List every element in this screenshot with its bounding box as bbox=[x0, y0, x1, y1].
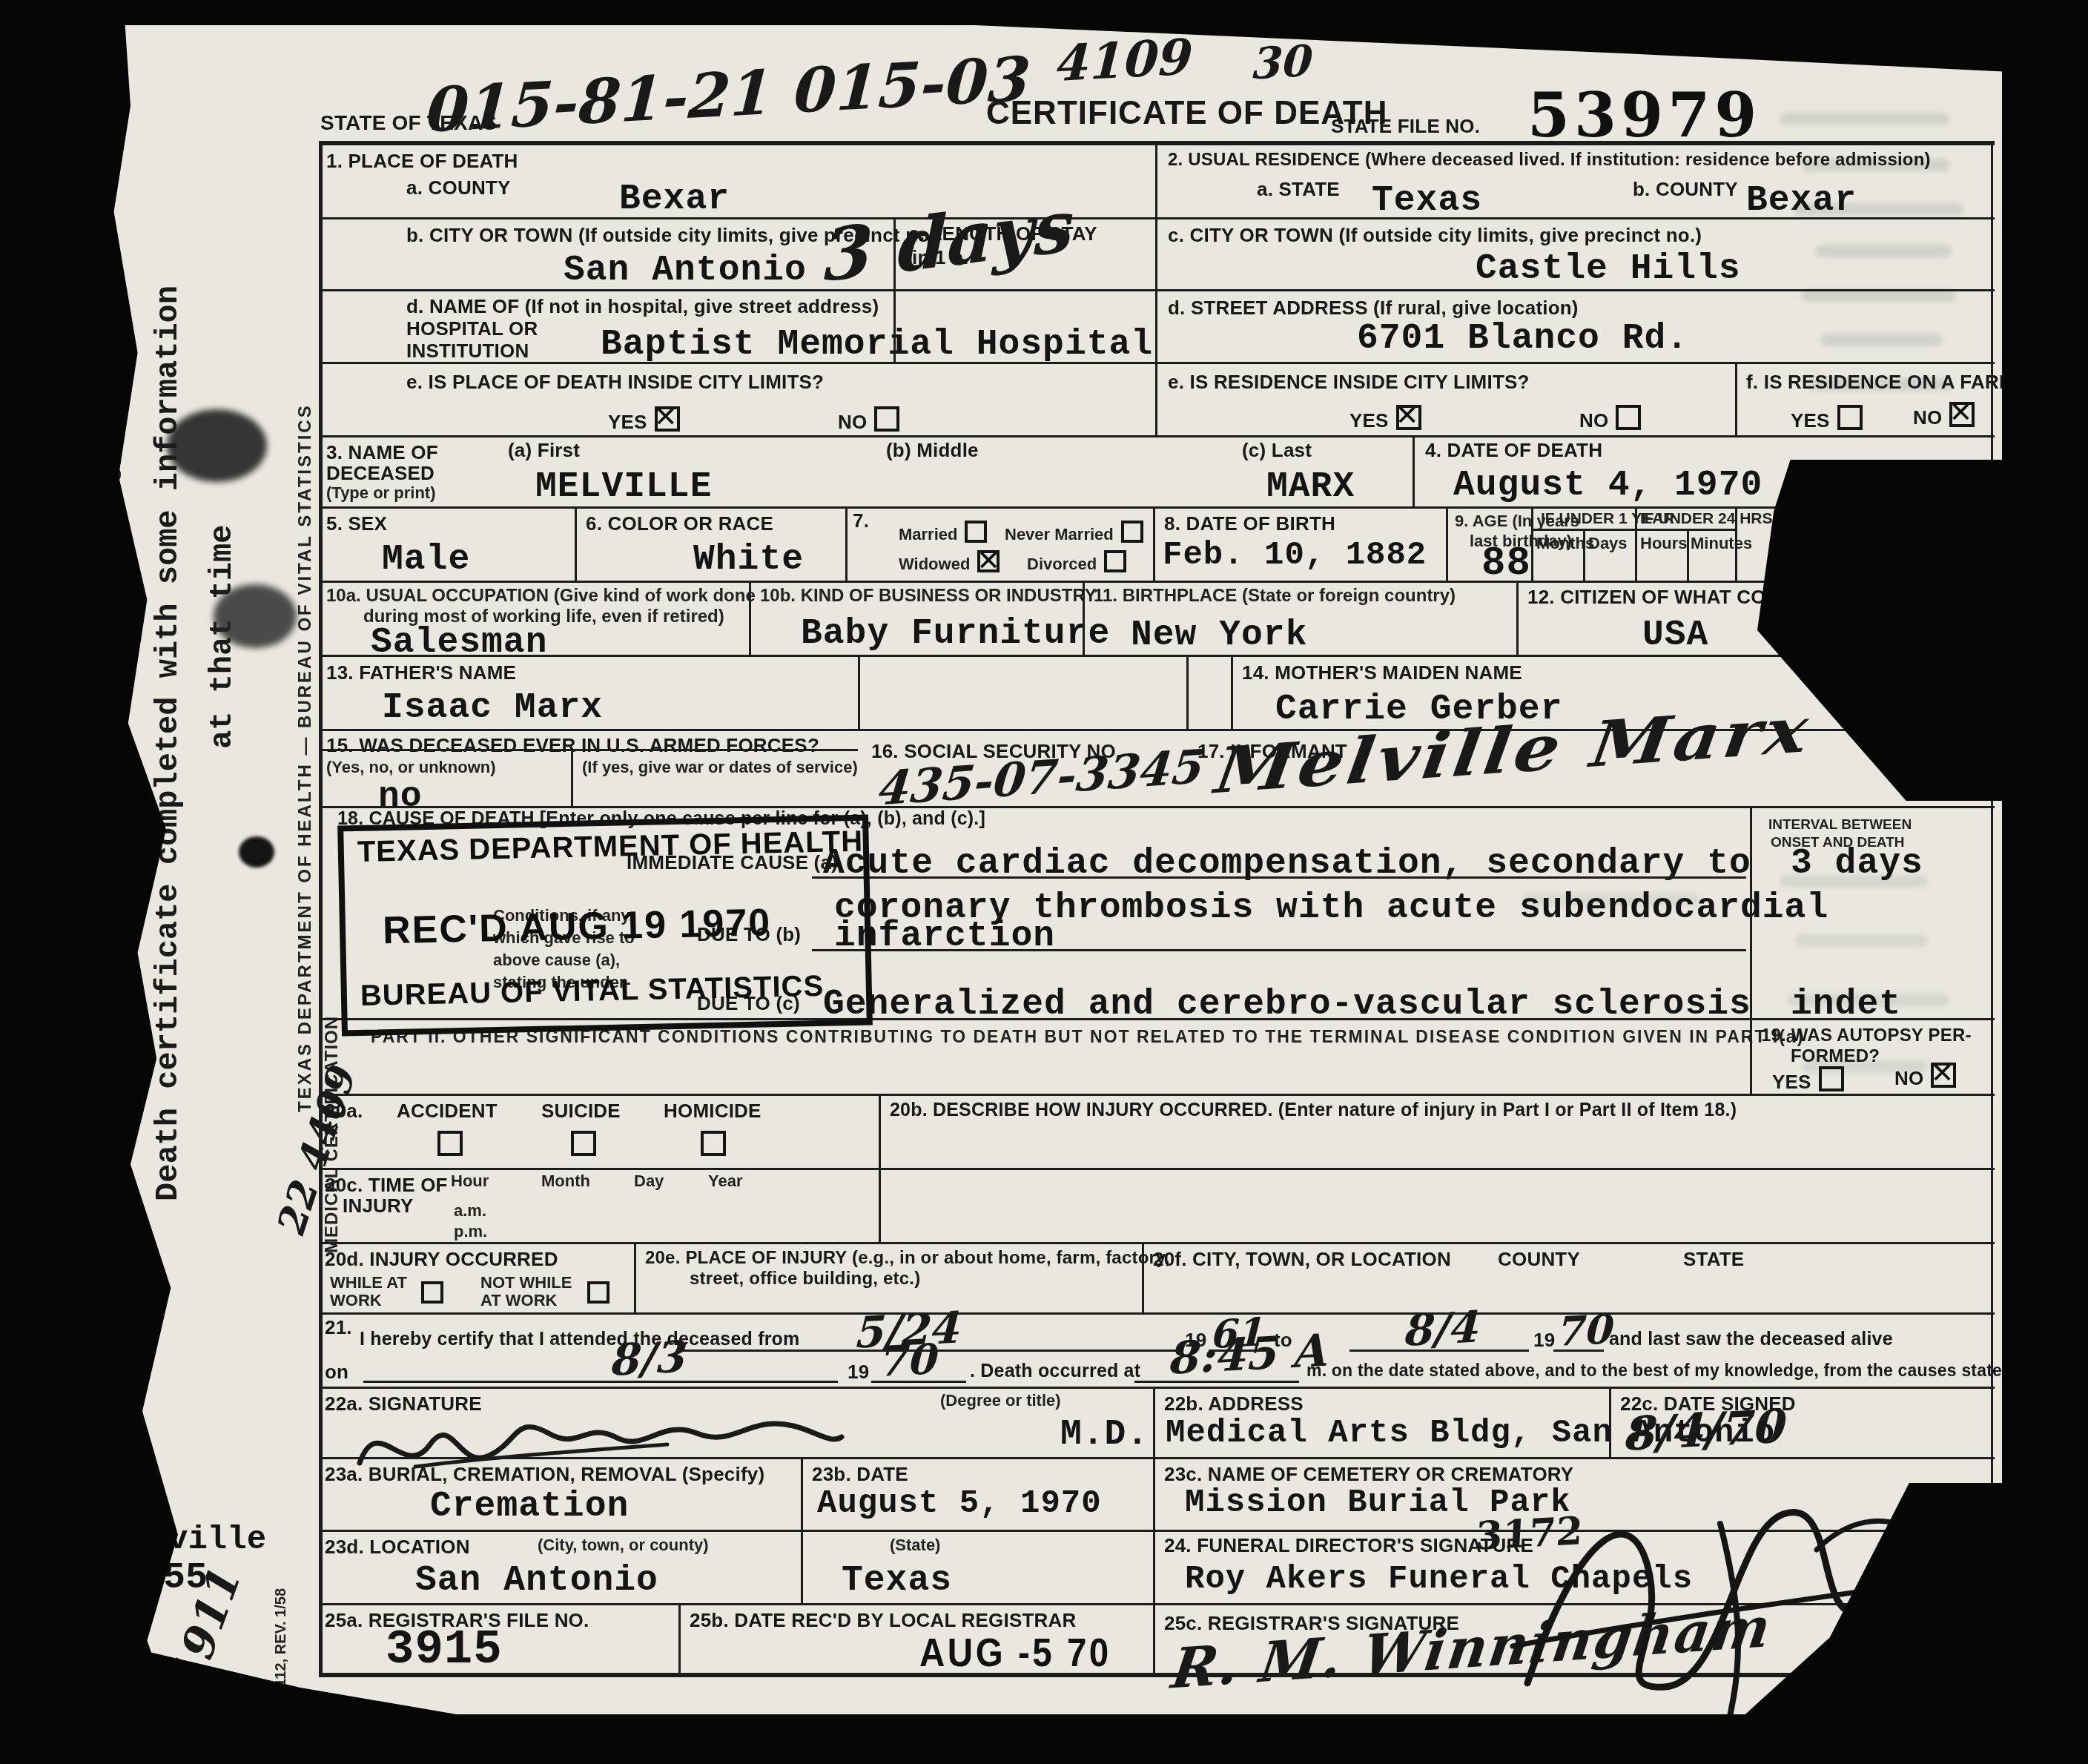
degree-value: M.D. bbox=[1060, 1415, 1149, 1455]
name-of-deceased-label1: 3. NAME OF bbox=[326, 441, 438, 464]
street-address-label: d. STREET ADDRESS (If rural, give locati… bbox=[1168, 297, 1579, 320]
location-label: 23d. LOCATION bbox=[325, 1536, 470, 1559]
death-city-limits-yes: YES bbox=[608, 406, 680, 434]
rule bbox=[319, 1387, 1995, 1389]
birthplace-value: New York bbox=[1131, 615, 1307, 655]
autopsy-yes: YES bbox=[1772, 1066, 1844, 1094]
checkbox bbox=[965, 521, 987, 543]
residence-city-limits-no: NO bbox=[1579, 405, 1641, 432]
last-name-label: (c) Last bbox=[1242, 439, 1312, 462]
rule bbox=[319, 1312, 1995, 1315]
physician-signature bbox=[348, 1393, 853, 1489]
day-label: Day bbox=[634, 1172, 664, 1191]
rule bbox=[1083, 581, 1085, 655]
ink-dot bbox=[239, 836, 274, 868]
under-24-hrs-label: IF UNDER 24 HRS. bbox=[1640, 510, 1777, 528]
rule bbox=[1209, 1350, 1269, 1352]
date-of-death-label: 4. DATE OF DEATH bbox=[1425, 439, 1602, 462]
name-of-deceased-label3: (Type or print) bbox=[326, 483, 435, 503]
rule bbox=[858, 655, 860, 729]
certify-text4: m. on the date stated above, and to the … bbox=[1306, 1361, 2018, 1381]
father-name-label: 13. FATHER'S NAME bbox=[326, 661, 516, 684]
farm-yes: YES bbox=[1791, 405, 1863, 432]
residence-county-value: Bexar bbox=[1746, 181, 1857, 221]
registrar-date-stamp: AUG -5 70 bbox=[919, 1630, 1111, 1676]
rule bbox=[1735, 506, 1737, 581]
death-city-limits-no: NO bbox=[838, 406, 899, 434]
rule bbox=[319, 1168, 1995, 1170]
ghost-text-smudge bbox=[1780, 113, 1950, 125]
marital-label: 7. bbox=[853, 509, 869, 532]
rule bbox=[1635, 506, 1637, 581]
rule bbox=[879, 1094, 881, 1242]
rule bbox=[1583, 529, 1585, 581]
registrar-file-value: 3915 bbox=[386, 1624, 503, 1677]
rule bbox=[1609, 1387, 1611, 1457]
rule bbox=[1349, 1350, 1529, 1352]
year-prefix-b: 19 bbox=[1533, 1329, 1555, 1352]
race-value: White bbox=[693, 540, 804, 580]
residence-county-label: b. COUNTY bbox=[1633, 178, 1738, 201]
certify-text1: I hereby certify that I attended the dec… bbox=[360, 1329, 800, 1350]
mother-name-label: 14. MOTHER'S MAIDEN NAME bbox=[1242, 661, 1522, 684]
rule bbox=[1413, 435, 1415, 506]
rule bbox=[319, 506, 1995, 509]
time-of-injury-label1: 20c. TIME OF bbox=[325, 1174, 448, 1197]
father-name-value: Isaac Marx bbox=[382, 688, 603, 728]
place-of-injury-label1: 20e. PLACE OF INJURY (e.g., in or about … bbox=[645, 1248, 1170, 1269]
location-city-value: San Antonio bbox=[415, 1561, 658, 1601]
rule bbox=[319, 435, 1995, 437]
race-label: 6. COLOR OR RACE bbox=[586, 512, 773, 535]
rule bbox=[1735, 362, 1737, 435]
rule bbox=[319, 581, 1995, 583]
dept-of-health-vertical-label: TEXAS DEPARTMENT OF HEALTH — BUREAU OF V… bbox=[295, 408, 316, 1112]
residence-city-limits-yes: YES bbox=[1349, 405, 1421, 432]
rule bbox=[319, 806, 1995, 808]
place-of-injury-label2: street, office building, etc.) bbox=[690, 1269, 920, 1289]
margin-note-line2: Death certificate completed with some in… bbox=[151, 163, 186, 1201]
last-name-value: MARX bbox=[1266, 467, 1355, 507]
rule bbox=[1153, 1387, 1155, 1673]
location-city-sublabel: (City, town, or county) bbox=[538, 1536, 709, 1555]
stamp-line2: REC'D AUG 19 1970 bbox=[382, 900, 771, 953]
interval-a-value: 3 days bbox=[1791, 844, 1923, 884]
last-seen-date: 8/3 bbox=[610, 1331, 688, 1386]
rule bbox=[1531, 506, 1533, 581]
rule bbox=[1446, 506, 1448, 581]
autopsy-label2: FORMED? bbox=[1791, 1046, 1880, 1067]
suicide-label: SUICIDE bbox=[541, 1100, 621, 1123]
certify-text3: . Death occurred at bbox=[970, 1361, 1140, 1382]
industry-label: 10b. KIND OF BUSINESS OR INDUSTRY bbox=[760, 586, 1097, 607]
rule bbox=[812, 949, 1746, 951]
residence-title: 2. USUAL RESIDENCE (Where deceased lived… bbox=[1168, 150, 1931, 171]
autopsy-no: NO bbox=[1894, 1063, 1956, 1090]
location-state-value: Texas bbox=[842, 1561, 952, 1601]
rule bbox=[1750, 806, 1752, 1094]
date-of-birth-label: 8. DATE OF BIRTH bbox=[1164, 512, 1335, 535]
rule bbox=[1134, 1381, 1299, 1383]
accident-checkbox bbox=[437, 1131, 463, 1156]
rule bbox=[871, 1381, 966, 1383]
citizen-value: USA bbox=[1642, 615, 1708, 655]
residence-city-label: c. CITY OR TOWN (If outside city limits,… bbox=[1168, 224, 1702, 247]
location-state-sublabel: (State) bbox=[890, 1536, 940, 1555]
suicide-checkbox bbox=[571, 1131, 596, 1156]
sex-label: 5. SEX bbox=[326, 512, 387, 535]
armed-forces-sub1: (Yes, no, or unknown) bbox=[326, 758, 496, 777]
rule bbox=[319, 655, 1995, 657]
city-value: San Antonio bbox=[564, 251, 807, 291]
sex-value: Male bbox=[382, 540, 470, 580]
certify-text2: and last saw the deceased alive bbox=[1609, 1329, 1893, 1350]
county-value: Bexar bbox=[619, 179, 730, 219]
hospital-label2: HOSPITAL OR bbox=[406, 317, 538, 340]
while-at-work-label: WHILE ATWORK bbox=[330, 1274, 407, 1309]
am-label: a.m. bbox=[454, 1201, 486, 1220]
length-of-stay-value: 3 days bbox=[823, 183, 1074, 298]
rule bbox=[812, 876, 1746, 879]
handwritten-30: 30 bbox=[1252, 36, 1314, 90]
rule bbox=[1153, 506, 1155, 581]
time-of-injury-label2: INJURY bbox=[343, 1195, 414, 1218]
injury-occurred-label: 20d. INJURY OCCURRED bbox=[325, 1248, 558, 1271]
degree-title-label: (Degree or title) bbox=[940, 1391, 1061, 1410]
checkbox bbox=[1616, 405, 1641, 430]
days-label: Days bbox=[1588, 534, 1628, 553]
date-of-birth-value: Feb. 10, 1882 bbox=[1163, 537, 1427, 574]
rule bbox=[1687, 529, 1689, 581]
state-file-no-label: STATE FILE NO. bbox=[1331, 115, 1480, 138]
armed-forces-sub2: (If yes, give war or dates of service) bbox=[582, 758, 858, 777]
registrar-date-label: 25b. DATE REC'D BY LOCAL REGISTRAR bbox=[690, 1609, 1076, 1632]
year-label: Year bbox=[708, 1172, 743, 1191]
hospital-label3: INSTITUTION bbox=[406, 340, 529, 363]
middle-name-label: (b) Middle bbox=[886, 439, 979, 462]
rule bbox=[1516, 581, 1519, 655]
not-while-at-work-checkbox bbox=[587, 1281, 609, 1304]
rule bbox=[845, 506, 848, 581]
checkbox-checked bbox=[1931, 1063, 1956, 1088]
farm-no: NO bbox=[1913, 402, 1975, 429]
rule bbox=[1531, 529, 1735, 531]
ink-smudge bbox=[214, 584, 297, 648]
death-certificate-scan: STATE OF TEXAS 015-81-21 015-03 4109 30 … bbox=[0, 0, 2088, 1764]
handwritten-4109: 4109 bbox=[1055, 27, 1195, 93]
checkbox-checked bbox=[1949, 402, 1975, 427]
rule bbox=[319, 1242, 1995, 1244]
marital-divorced: Divorced bbox=[1027, 550, 1126, 574]
certificate-title: CERTIFICATE OF DEATH bbox=[986, 95, 1387, 132]
marital-widowed: Widowed bbox=[899, 550, 1000, 574]
attended-to-date: 8/4 bbox=[1404, 1301, 1481, 1356]
name-of-deceased-label2: DECEASED bbox=[326, 462, 435, 485]
rule bbox=[319, 1094, 1995, 1096]
rule bbox=[319, 141, 323, 1673]
injury-state-label: STATE bbox=[1683, 1248, 1744, 1271]
date-signed-value: 8/4/70 bbox=[1624, 1398, 1788, 1461]
rule bbox=[1231, 655, 1233, 729]
first-name-label: (a) First bbox=[508, 439, 580, 462]
rule bbox=[319, 729, 1995, 731]
rule bbox=[571, 749, 573, 806]
burial-value: Cremation bbox=[430, 1487, 629, 1527]
place-of-death-title: 1. PLACE OF DEATH bbox=[326, 150, 518, 173]
injury-city-label: 20f. CITY, TOWN, OR LOCATION bbox=[1153, 1248, 1451, 1271]
checkbox bbox=[1121, 521, 1143, 543]
rule bbox=[893, 217, 896, 362]
rule bbox=[1991, 141, 1993, 1673]
stamp-line1: TEXAS DEPARTMENT OF HEALTH bbox=[357, 825, 863, 869]
checkbox bbox=[874, 406, 899, 432]
date-of-death-value: August 4, 1970 bbox=[1453, 466, 1762, 506]
rule bbox=[1553, 1350, 1604, 1352]
hours-label: Hours bbox=[1640, 534, 1688, 553]
months-label: Months bbox=[1536, 534, 1594, 553]
rule bbox=[1186, 655, 1189, 729]
address-label: 22b. ADDRESS bbox=[1164, 1393, 1304, 1416]
first-name-value: MELVILLE bbox=[535, 467, 712, 507]
rule bbox=[1142, 1242, 1144, 1312]
industry-value: Baby Furniture bbox=[801, 614, 1110, 654]
county-label: a. COUNTY bbox=[406, 176, 510, 199]
homicide-checkbox bbox=[701, 1131, 726, 1156]
year-prefix-c: 19 bbox=[848, 1361, 869, 1384]
death-city-limits-label: e. IS PLACE OF DEATH INSIDE CITY LIMITS? bbox=[406, 371, 824, 394]
marital-never-married: Never Married bbox=[1005, 521, 1143, 544]
residence-city-limits-label: e. IS RESIDENCE INSIDE CITY LIMITS? bbox=[1168, 371, 1530, 394]
minutes-label: Minutes bbox=[1691, 534, 1752, 553]
year-c: 70 bbox=[879, 1335, 939, 1387]
residence-city-value: Castle Hills bbox=[1476, 249, 1741, 289]
occupation-label1: 10a. USUAL OCCUPATION (Give kind of work… bbox=[326, 586, 756, 607]
ink-smudge bbox=[167, 409, 267, 482]
farm-label: f. IS RESIDENCE ON A FARM? bbox=[1746, 371, 2027, 394]
item20a-label: 20a. bbox=[325, 1100, 363, 1123]
residence-state-label: a. STATE bbox=[1257, 178, 1340, 201]
street-address-value: 6701 Blanco Rd. bbox=[1357, 319, 1688, 359]
rule bbox=[319, 749, 858, 751]
marital-married: Married bbox=[899, 521, 987, 544]
hospital-label: d. NAME OF (If not in hospital, give str… bbox=[406, 295, 879, 318]
describe-injury-label: 20b. DESCRIBE HOW INJURY OCCURRED. (Ente… bbox=[890, 1100, 1737, 1121]
received-stamp: TEXAS DEPARTMENT OF HEALTH REC'D AUG 19 … bbox=[337, 815, 873, 1037]
rule bbox=[575, 506, 577, 581]
while-at-work-checkbox bbox=[421, 1281, 443, 1304]
stamp-line3: BUREAU OF VITAL STATISTICS bbox=[360, 970, 824, 1013]
checkbox-checked bbox=[1396, 405, 1421, 430]
rule bbox=[634, 1242, 636, 1312]
burial-date-value: August 5, 1970 bbox=[817, 1485, 1102, 1522]
autopsy-label1: 19. WAS AUTOPSY PER- bbox=[1761, 1025, 1972, 1046]
age-value: 88 bbox=[1481, 541, 1531, 587]
item21-label: 21. bbox=[325, 1316, 352, 1339]
rule bbox=[749, 581, 751, 655]
hospital-value: Baptist Memorial Hospital bbox=[601, 325, 1153, 365]
checkbox bbox=[1819, 1066, 1844, 1091]
on-label: on bbox=[325, 1361, 348, 1384]
homicide-label: HOMICIDE bbox=[664, 1100, 761, 1123]
checkbox bbox=[1837, 405, 1863, 430]
checkbox-checked bbox=[977, 550, 1000, 572]
rule bbox=[363, 1381, 838, 1383]
accident-label: ACCIDENT bbox=[397, 1100, 498, 1123]
month-label: Month bbox=[541, 1172, 590, 1191]
not-while-at-work-label: NOT WHILEAT WORK bbox=[480, 1274, 572, 1309]
certificate-form: 1. PLACE OF DEATH a. COUNTY Bexar b. CIT… bbox=[319, 141, 1995, 1683]
checkbox bbox=[1104, 550, 1126, 572]
rule bbox=[1155, 141, 1157, 435]
checkbox-checked bbox=[655, 406, 680, 432]
birthplace-label: 11. BIRTHPLACE (State or foreign country… bbox=[1094, 586, 1456, 607]
residence-state-value: Texas bbox=[1372, 181, 1482, 221]
rule bbox=[678, 1603, 681, 1673]
interval-header1: INTERVAL BETWEEN bbox=[1768, 817, 1912, 833]
pm-label: p.m. bbox=[454, 1222, 487, 1241]
hour-label: Hour bbox=[451, 1172, 489, 1191]
rule bbox=[682, 1350, 1179, 1352]
injury-county-label: COUNTY bbox=[1498, 1248, 1580, 1271]
